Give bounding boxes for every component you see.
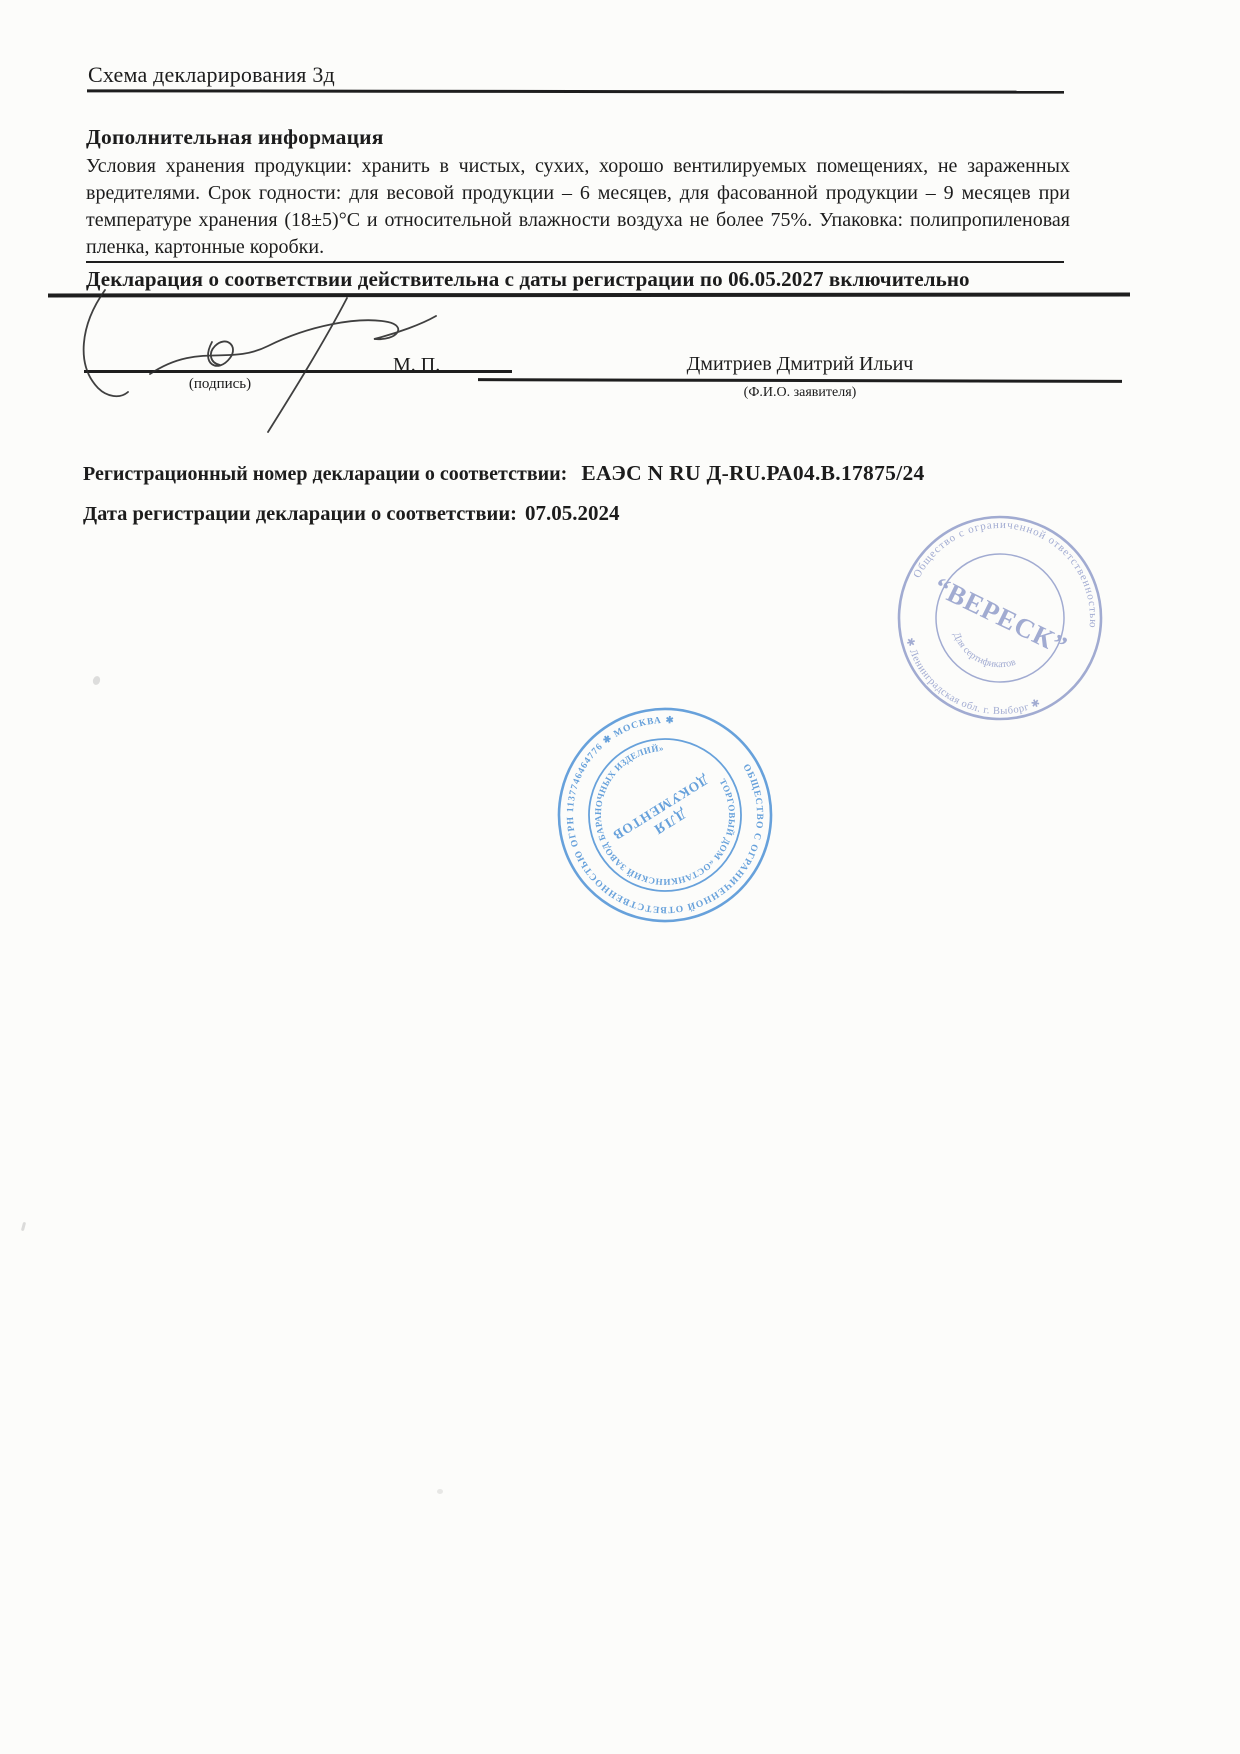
veresk-center-text: “ВЕРЕСК”	[929, 571, 1072, 661]
ostankino-round-stamp: ОБЩЕСТВО С ОГРАНИЧЕННОЙ ОТВЕТСТВЕННОСТЬЮ…	[545, 695, 785, 935]
scanned-declaration-page: Схема декларирования 3д Дополнительная и…	[0, 0, 1240, 1754]
registration-date-label: Дата регистрации декларации о соответств…	[83, 503, 517, 525]
section-divider	[86, 261, 1064, 263]
veresk-ring-bottom-text: ✱ Ленинградская обл. г. Выборг ✱	[887, 632, 1046, 733]
header-underline	[87, 89, 1064, 93]
registration-number-value: ЕАЭС N RU Д-RU.РА04.В.17875/24	[581, 461, 924, 485]
scan-artifact	[92, 675, 102, 686]
scan-artifact	[437, 1489, 443, 1494]
veresk-round-stamp: Общество с ограниченной ответственностью…	[885, 503, 1115, 733]
applicant-name: Дмитриев Дмитрий Ильич	[478, 353, 1122, 376]
handwritten-signature	[70, 280, 460, 440]
ostankino-center-line1: ДЛЯ	[650, 805, 689, 837]
veresk-ring-top-text: Общество с ограниченной ответственностью	[911, 503, 1115, 659]
registration-number-label: Регистрационный номер декларации о соотв…	[83, 463, 567, 485]
svg-text:ТОРГОВЫЙ ДОМ «ОСТАНКИНСКИЙ ЗАВ: ТОРГОВЫЙ ДОМ «ОСТАНКИНСКИЙ ЗАВОД БАРАНОЧ…	[566, 716, 765, 915]
scan-artifact	[21, 1222, 26, 1231]
ostankino-ring-outer-text: ОБЩЕСТВО С ОГРАНИЧЕННОЙ ОТВЕТСТВЕННОСТЬЮ…	[545, 695, 785, 935]
registration-date-row: Дата регистрации декларации о соответств…	[83, 501, 619, 526]
registration-number-row: Регистрационный номер декларации о соотв…	[83, 461, 925, 486]
svg-text:ОБЩЕСТВО С ОГРАНИЧЕННОЙ ОТВЕТС: ОБЩЕСТВО С ОГРАНИЧЕННОЙ ОТВЕТСТВЕННОСТЬЮ…	[545, 695, 785, 935]
registration-date-value: 07.05.2024	[525, 501, 620, 525]
additional-info-heading: Дополнительная информация	[86, 125, 384, 150]
applicant-name-line	[478, 378, 1122, 382]
svg-text:Общество с ограниченной ответс: Общество с ограниченной ответственностью	[911, 503, 1115, 659]
scheme-label: Схема декларирования 3д	[88, 62, 335, 88]
additional-info-body: Условия хранения продукции: хранить в чи…	[86, 153, 1070, 261]
svg-text:Для сертификатов: Для сертификатов	[944, 627, 1021, 681]
applicant-name-caption: (Ф.И.О. заявителя)	[478, 385, 1122, 401]
svg-text:✱ Ленинградская обл. г. Выбо: ✱ Ленинградская обл. г. Выборг ✱	[887, 632, 1046, 733]
ostankino-ring-inner-text: ТОРГОВЫЙ ДОМ «ОСТАНКИНСКИЙ ЗАВОД БАРАНОЧ…	[566, 716, 765, 915]
veresk-caption-text: Для сертификатов	[944, 627, 1021, 681]
ostankino-center-line2: ДОКУМЕНТОВ	[610, 772, 711, 843]
